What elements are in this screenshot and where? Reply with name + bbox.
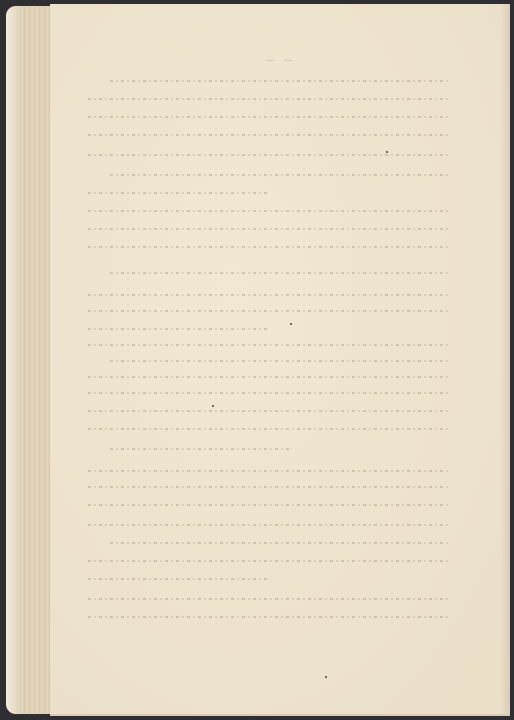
ink-speck [290, 323, 292, 325]
faded-text-line [88, 524, 450, 526]
faded-text-line [88, 294, 450, 296]
faded-text-line [88, 310, 450, 312]
faded-text-line [88, 154, 450, 156]
faded-text-line [88, 598, 450, 600]
faded-text-line [88, 504, 450, 506]
faded-text-line [88, 616, 450, 618]
ink-speck [386, 151, 388, 153]
faded-text-line [110, 174, 450, 176]
faded-text-line [88, 428, 450, 430]
faded-text-line [88, 116, 450, 118]
faded-text-line [88, 134, 450, 136]
faded-text-line [88, 410, 450, 412]
faded-text-line [110, 360, 450, 362]
faded-text-line [88, 328, 268, 330]
faded-text-line [110, 542, 450, 544]
faded-text-line [110, 272, 450, 274]
faded-text-line [88, 470, 450, 472]
page-header-mark [266, 46, 306, 48]
faded-text-line [88, 210, 450, 212]
faded-text-line [88, 578, 268, 580]
faded-text-line [88, 246, 450, 248]
ink-speck [325, 676, 327, 678]
document-page [50, 4, 510, 716]
faded-text-line [88, 560, 450, 562]
faded-text-line [88, 486, 450, 488]
faded-text-line [88, 228, 450, 230]
faded-text-line [88, 98, 450, 100]
ink-speck [212, 405, 214, 407]
faded-text-line [88, 344, 450, 346]
faded-text-line [110, 448, 290, 450]
faded-text-line [110, 80, 450, 82]
faded-text-line [88, 192, 268, 194]
faded-text-line [88, 392, 450, 394]
faded-text-line [88, 376, 450, 378]
book [6, 4, 510, 716]
page-edges [6, 6, 54, 714]
